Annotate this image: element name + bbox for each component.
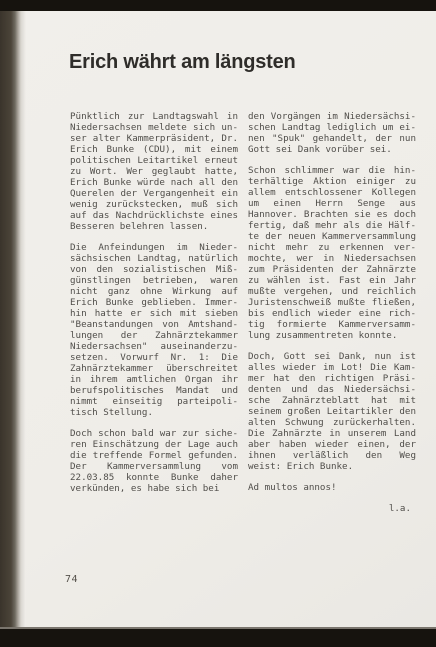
text-line: allem entschlossener Kollegen bbox=[248, 187, 416, 198]
text-line: nicht mehr zu erkennen ver- bbox=[248, 242, 416, 253]
text-line: die treffende Formel gefunden. bbox=[70, 450, 238, 461]
text-line: politischen Leitartikel erneut bbox=[70, 155, 238, 166]
text-line: Die Anfeindungen im Nieder- bbox=[70, 242, 238, 253]
text-line: auf das Nachdrücklichste eines bbox=[70, 210, 238, 221]
text-line: mochte, wer in Niedersachsen bbox=[248, 253, 416, 264]
paragraph: Doch schon bald war zur siche-ren Einsch… bbox=[70, 428, 238, 494]
text-line: Zahnärztekammer überschreitet bbox=[70, 363, 238, 374]
text-line: mußte vergehen, und reichlich bbox=[248, 286, 416, 297]
page-spine-shadow bbox=[0, 11, 26, 627]
text-line: zu wählen ist. Fast ein Jahr bbox=[248, 275, 416, 286]
text-line: Die Zahnärzte in unserem Land bbox=[248, 428, 416, 439]
author-initials: l.a. bbox=[248, 503, 416, 514]
text-line: nen "Spuk" gehandelt, der nun bbox=[248, 133, 416, 144]
text-line: nimmt einseitig parteipoli- bbox=[70, 396, 238, 407]
text-line: terhältige Aktion einiger zu bbox=[248, 176, 416, 187]
text-line: ser alter Kammerpräsident, Dr. bbox=[70, 133, 238, 144]
paragraph: Ad multos annos! bbox=[248, 482, 416, 493]
column-paragraphs: den Vorgängen im Niedersächsi-schen Land… bbox=[248, 111, 416, 493]
text-line: sächsischen Landtag, natürlich bbox=[70, 253, 238, 264]
text-line: tig formierte Kammerversamm- bbox=[248, 319, 416, 330]
text-line: Querelen der Vergangenheit ein bbox=[70, 188, 238, 199]
paragraph: Die Anfeindungen im Nieder-sächsischen L… bbox=[70, 242, 238, 418]
text-line: um einen Herrn Senge aus bbox=[248, 198, 416, 209]
text-line: alten Schwung zurückerhalten. bbox=[248, 417, 416, 428]
paragraph: Doch, Gott sei Dank, nun istalles wieder… bbox=[248, 351, 416, 472]
text-line: denten und das Niedersächsi- bbox=[248, 384, 416, 395]
text-line: nicht ganz ohne Wirkung auf bbox=[70, 286, 238, 297]
text-line: 22.03.85 konnte Bunke daher bbox=[70, 472, 238, 483]
paragraph: den Vorgängen im Niedersächsi-schen Land… bbox=[248, 111, 416, 155]
text-line: bis endlich wieder eine rich- bbox=[248, 308, 416, 319]
text-line: Schon schlimmer war die hin- bbox=[248, 165, 416, 176]
text-line: Erich Bunke würde nach all den bbox=[70, 177, 238, 188]
text-line: sche Zahnärzteblatt hat mit bbox=[248, 395, 416, 406]
magazine-page: Erich währt am längsten Pünktlich zur La… bbox=[0, 11, 436, 627]
text-line: verkünden, es habe sich bei bbox=[70, 483, 238, 494]
text-line: Niedersachsen" auseinanderzu- bbox=[70, 341, 238, 352]
text-line: schen Landtag lediglich um ei- bbox=[248, 122, 416, 133]
text-line: weist: Erich Bunke. bbox=[248, 461, 416, 472]
article-column-left: Pünktlich zur Landtagswahl inNiedersachs… bbox=[70, 111, 238, 504]
article-column-right: den Vorgängen im Niedersächsi-schen Land… bbox=[248, 111, 416, 514]
text-line: hin hatte er sich mit sieben bbox=[70, 308, 238, 319]
text-line: Doch, Gott sei Dank, nun ist bbox=[248, 351, 416, 362]
text-line: Niedersachsen meldete sich un- bbox=[70, 122, 238, 133]
text-line: ihnen verläßlich den Weg bbox=[248, 450, 416, 461]
text-line: Erich Bunke (CDU), mit einem bbox=[70, 144, 238, 155]
text-line: alles wieder im Lot! Die Kam- bbox=[248, 362, 416, 373]
text-line: zu Wort. Wer geglaubt hatte, bbox=[70, 166, 238, 177]
text-line: Juristenschweiß mußte fließen, bbox=[248, 297, 416, 308]
text-line: setzen. Vorwurf Nr. 1: Die bbox=[70, 352, 238, 363]
text-line: Hannover. Brachten sie es doch bbox=[248, 209, 416, 220]
scan-border-bottom bbox=[0, 627, 436, 647]
text-line: Der Kammerversammlung vom bbox=[70, 461, 238, 472]
text-line: lung zusammentreten konnte. bbox=[248, 330, 416, 341]
text-line: günstlingen betrieben, waren bbox=[70, 275, 238, 286]
text-line: Gott sei Dank vorüber sei. bbox=[248, 144, 416, 155]
text-line: Ad multos annos! bbox=[248, 482, 416, 493]
text-line: Pünktlich zur Landtagswahl in bbox=[70, 111, 238, 122]
text-line: fertig, daß mehr als die Hälf- bbox=[248, 220, 416, 231]
column-paragraphs: Pünktlich zur Landtagswahl inNiedersachs… bbox=[70, 111, 238, 494]
scan-border-top bbox=[0, 0, 436, 11]
article-title: Erich währt am längsten bbox=[69, 51, 296, 74]
text-line: tisch Stellung. bbox=[70, 407, 238, 418]
text-line: ren Einschätzung der Lage auch bbox=[70, 439, 238, 450]
text-line: berufspolitisches Mandat und bbox=[70, 385, 238, 396]
text-line: seinem großen Leitartikler den bbox=[248, 406, 416, 417]
text-line: aber haben wieder einen, der bbox=[248, 439, 416, 450]
page-number: 74 bbox=[65, 574, 78, 585]
text-line: Erich Bunke geblieben. Immer- bbox=[70, 297, 238, 308]
text-line: wenig zurückstecken, muß sich bbox=[70, 199, 238, 210]
paragraph: Pünktlich zur Landtagswahl inNiedersachs… bbox=[70, 111, 238, 232]
text-line: in ihrem amtlichen Organ ihr bbox=[70, 374, 238, 385]
text-line: te der neuen Kammerversammlung bbox=[248, 231, 416, 242]
text-line: Besseren belehren lassen. bbox=[70, 221, 238, 232]
text-line: Doch schon bald war zur siche- bbox=[70, 428, 238, 439]
text-line: "Beanstandungen von Amtshand- bbox=[70, 319, 238, 330]
scanned-page: Erich währt am längsten Pünktlich zur La… bbox=[0, 0, 436, 647]
text-line: von den sozialistischen Miß- bbox=[70, 264, 238, 275]
text-line: den Vorgängen im Niedersächsi- bbox=[248, 111, 416, 122]
text-line: mer hat den richtigen Präsi- bbox=[248, 373, 416, 384]
paragraph: Schon schlimmer war die hin-terhältige A… bbox=[248, 165, 416, 341]
text-line: zum Präsidenten der Zahnärzte bbox=[248, 264, 416, 275]
text-line: lungen der Zahnärztekammer bbox=[70, 330, 238, 341]
